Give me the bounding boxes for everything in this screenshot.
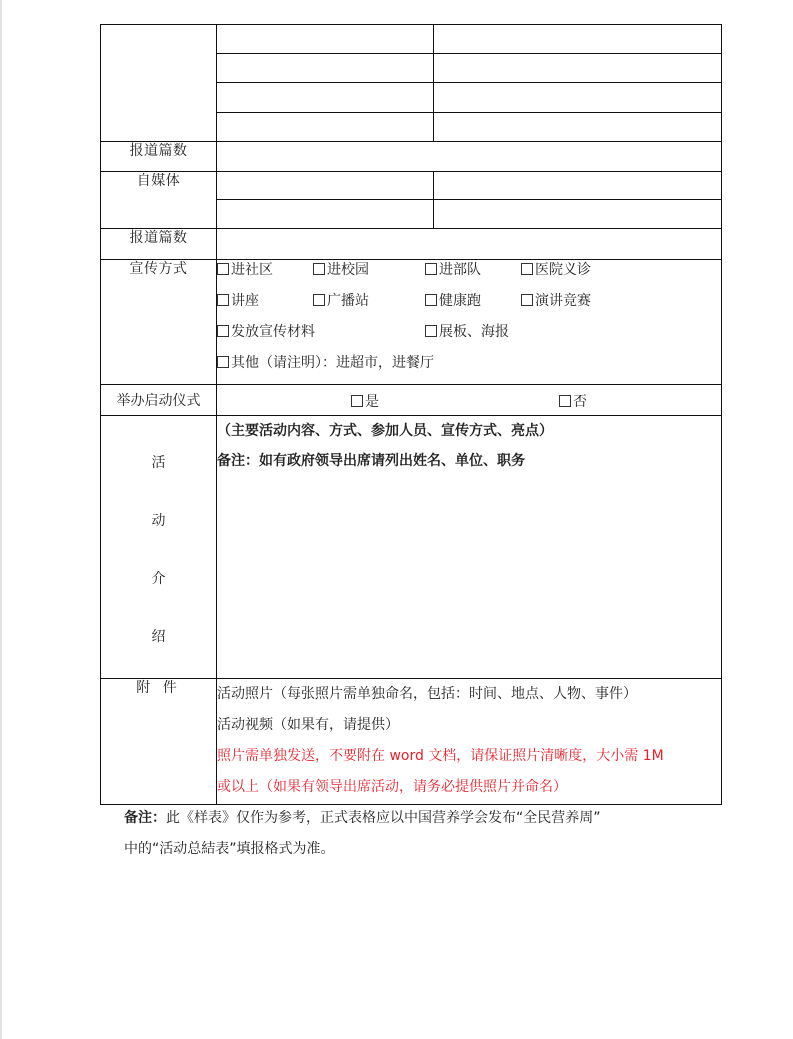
checkbox-broadcast[interactable]: 广播站	[313, 291, 369, 311]
activity-intro-label: 活 动 介 绍	[101, 416, 217, 679]
attachment-video: 活动视频（如果有，请提供）	[217, 710, 721, 741]
checkbox-other[interactable]: 其他（请注明）：进超市，进餐厅	[217, 353, 434, 373]
media-cell[interactable]	[434, 25, 722, 54]
footer-note-line1: 此《样表》仅作为参考，正式表格应以中国营养学会发布“全民营养周”	[166, 810, 601, 826]
checkbox-icon	[217, 294, 229, 306]
promotion-options: 进社区 进校园 进部队 医院义诊 讲座 广播站 健康跑 演讲竞赛 发放宣传材料 …	[217, 260, 722, 385]
checkbox-lecture[interactable]: 讲座	[217, 291, 259, 311]
page-edge	[0, 0, 2, 1039]
media-cell[interactable]	[217, 25, 434, 54]
checkbox-military[interactable]: 进部队	[425, 260, 481, 280]
footer-note: 备注：此《样表》仅作为参考，正式表格应以中国营养学会发布“全民营养周” 中的“活…	[124, 803, 724, 865]
self-media-label: 自媒体	[101, 172, 217, 229]
checkbox-icon	[217, 356, 229, 368]
self-media-cell[interactable]	[217, 200, 434, 229]
checkbox-icon	[521, 294, 533, 306]
media-cell[interactable]	[434, 82, 722, 112]
attachment-field: 活动照片（每张照片需单独命名，包括：时间、地点、人物、事件） 活动视频（如果有，…	[217, 679, 722, 805]
checkbox-clinic[interactable]: 医院义诊	[521, 260, 591, 280]
checkbox-campus[interactable]: 进校园	[313, 260, 369, 280]
checkbox-no[interactable]: 否	[559, 391, 587, 411]
footer-note-line2: 中的“活动总結表”填报格式为准。	[124, 834, 724, 865]
checkbox-icon	[313, 294, 325, 306]
checkbox-icon	[559, 395, 571, 407]
report-count-field[interactable]	[217, 229, 722, 260]
media-cell[interactable]	[434, 112, 722, 141]
checkbox-health-run[interactable]: 健康跑	[425, 291, 481, 311]
checkbox-materials[interactable]: 发放宣传材料	[217, 322, 315, 342]
footer-note-prefix: 备注：	[124, 810, 166, 826]
checkbox-icon	[351, 395, 363, 407]
promotion-label: 宣传方式	[101, 260, 217, 385]
attachment-warning: 照片需单独发送，不要附在 word 文档，请保证照片清晰度，大小需 1M	[217, 741, 721, 772]
media-label-cell	[101, 25, 217, 142]
checkbox-icon	[425, 263, 437, 275]
checkbox-icon	[425, 294, 437, 306]
media-cell[interactable]	[217, 53, 434, 82]
self-media-cell[interactable]	[434, 200, 722, 229]
report-count-label: 报道篇数	[101, 142, 217, 172]
media-cell[interactable]	[217, 112, 434, 141]
attachment-label: 附 件	[101, 679, 217, 805]
checkbox-icon	[313, 263, 325, 275]
activity-intro-remark: 备注：如有政府领导出席请列出姓名、单位、职务	[217, 446, 721, 476]
self-media-cell[interactable]	[217, 172, 434, 200]
media-cell[interactable]	[434, 53, 722, 82]
activity-intro-hint: （主要活动内容、方式、参加人员、宣传方式、亮点）	[217, 416, 721, 446]
checkbox-icon	[521, 263, 533, 275]
attachment-photos: 活动照片（每张照片需单独命名，包括：时间、地点、人物、事件）	[217, 679, 721, 710]
attachment-warning-cont: 或以上（如果有领导出席活动，请务必提供照片并命名）	[217, 772, 721, 803]
self-media-cell[interactable]	[434, 172, 722, 200]
checkbox-icon	[425, 325, 437, 337]
checkbox-icon	[217, 325, 229, 337]
checkbox-speech-contest[interactable]: 演讲竞赛	[521, 291, 591, 311]
media-cell[interactable]	[217, 82, 434, 112]
checkbox-posters[interactable]: 展板、海报	[425, 322, 509, 342]
checkbox-yes[interactable]: 是	[351, 391, 379, 411]
report-count-label: 报道篇数	[101, 229, 217, 260]
activity-summary-form: 报道篇数 自媒体 报道篇数 宣传方式 进社区 进校园 进部队 医院义诊 讲座 广…	[100, 24, 722, 805]
launch-ceremony-options: 是 否	[217, 385, 722, 416]
checkbox-icon	[217, 263, 229, 275]
launch-ceremony-label: 举办启动仪式	[101, 385, 217, 416]
checkbox-community[interactable]: 进社区	[217, 260, 273, 280]
report-count-field[interactable]	[217, 142, 722, 172]
activity-intro-field[interactable]: （主要活动内容、方式、参加人员、宣传方式、亮点） 备注：如有政府领导出席请列出姓…	[217, 416, 722, 679]
